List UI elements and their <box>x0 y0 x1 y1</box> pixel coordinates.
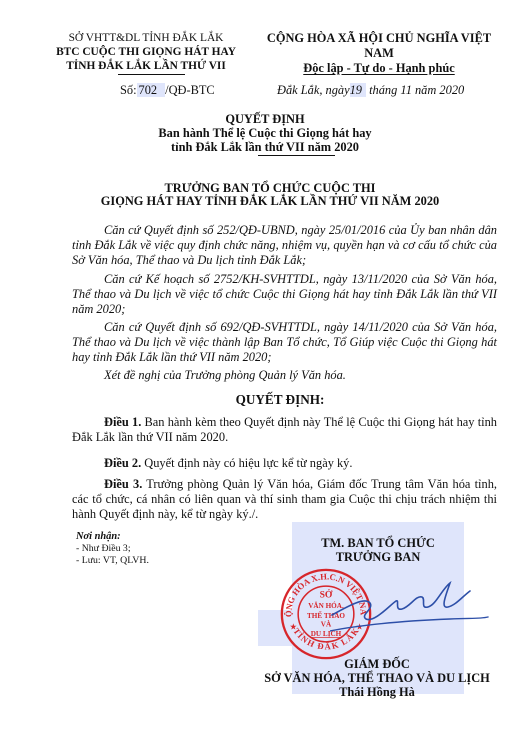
signatory-details: GIÁM ĐỐC SỞ VĂN HÓA, THỂ THAO VÀ DU LỊCH… <box>262 657 492 699</box>
recipients-heading: Nơi nhận: <box>76 531 149 543</box>
article-1-label: Điều 1. <box>104 415 141 429</box>
title-subject-line1: Ban hành Thể lệ Cuộc thi Giọng hát hay <box>100 126 430 140</box>
national-header: CỘNG HÒA XÃ HỘI CHỦ NGHĨA VIỆT NAM Độc l… <box>254 31 504 76</box>
signatory-role: TRƯỞNG BAN <box>292 550 464 564</box>
national-motto: Độc lập - Tự do - Hạnh phúc <box>254 61 504 76</box>
title-heading: QUYẾT ĐỊNH <box>100 112 430 126</box>
agency-parent: SỞ VHTT&DL TỈNH ĐẮK LẮK <box>56 31 236 45</box>
document-title: QUYẾT ĐỊNH Ban hành Thể lệ Cuộc thi Giọn… <box>100 112 430 154</box>
decision-heading: QUYẾT ĐỊNH: <box>60 392 500 408</box>
number-prefix: Số: <box>120 83 137 97</box>
recipient-item: - Lưu: VT, QLVH. <box>76 555 149 567</box>
legal-basis-1: Căn cứ Quyết định số 252/QĐ-UBND, ngày 2… <box>72 223 497 268</box>
authority-line2: GIỌNG HÁT HAY TỈNH ĐẮK LẮK LẦN THỨ VII N… <box>60 195 480 208</box>
signatory-organization: SỞ VĂN HÓA, THỂ THAO VÀ DU LỊCH <box>262 671 492 685</box>
document-number: Số:702/QĐ-BTC <box>120 83 215 98</box>
article-2-label: Điều 2. <box>104 456 141 470</box>
svg-text:★: ★ <box>290 621 298 631</box>
signatory-name: Thái Hồng Hà <box>262 685 492 699</box>
document-date: Đắk Lắk, ngày19 tháng 11 năm 2020 <box>277 83 464 98</box>
title-subject-line2: tỉnh Đắk Lắk lần thứ VII năm 2020 <box>100 140 430 154</box>
signatory-position: GIÁM ĐỐC <box>262 657 492 671</box>
agency-name-line2: TỈNH ĐẮK LẮK LẦN THỨ VII <box>56 59 236 73</box>
recipient-item: - Như Điều 3; <box>76 543 149 555</box>
issuing-agency-header: SỞ VHTT&DL TỈNH ĐẮK LẮK BTC CUỘC THI GIỌ… <box>56 31 236 73</box>
title-rule <box>258 155 335 156</box>
signatory-on-behalf: TM. BAN TỔ CHỨC <box>292 536 464 550</box>
header-left-rule <box>118 74 185 75</box>
legal-basis-2: Căn cứ Kế hoạch số 2752/KH-SVHTTDL, ngày… <box>72 272 497 317</box>
article-2: Điều 2. Quyết định này có hiệu lực kể từ… <box>72 456 497 471</box>
country-name: CỘNG HÒA XÃ HỘI CHỦ NGHĨA VIỆT NAM <box>254 31 504 61</box>
signatory-title: TM. BAN TỔ CHỨC TRƯỞNG BAN <box>292 536 464 564</box>
article-3: Điều 3. Trưởng phòng Quản lý Văn hóa, Gi… <box>72 477 497 522</box>
issuing-authority: TRƯỞNG BAN TỔ CHỨC CUỘC THI GIỌNG HÁT HA… <box>60 182 480 208</box>
article-3-label: Điều 3. <box>104 477 142 491</box>
article-2-text: Quyết định này có hiệu lực kể từ ngày ký… <box>141 456 352 470</box>
legal-basis-4: Xét đề nghị của Trưởng phòng Quản lý Văn… <box>72 368 497 383</box>
recipients-block: Nơi nhận: - Như Điều 3; - Lưu: VT, QLVH. <box>76 531 149 567</box>
legal-basis-3: Căn cứ Quyết định số 692/QĐ-SVHTTDL, ngà… <box>72 320 497 365</box>
agency-name: BTC CUỘC THI GIỌNG HÁT HAY <box>56 45 236 59</box>
date-day-field[interactable]: 19 <box>350 83 366 97</box>
date-place: Đắk Lắk, ngày <box>277 83 350 97</box>
date-rest: tháng 11 năm 2020 <box>366 83 464 97</box>
number-suffix: /QĐ-BTC <box>165 83 215 97</box>
number-value-field[interactable]: 702 <box>137 83 166 97</box>
article-1: Điều 1. Ban hành kèm theo Quyết định này… <box>72 415 497 445</box>
handwritten-signature-icon <box>330 575 490 635</box>
